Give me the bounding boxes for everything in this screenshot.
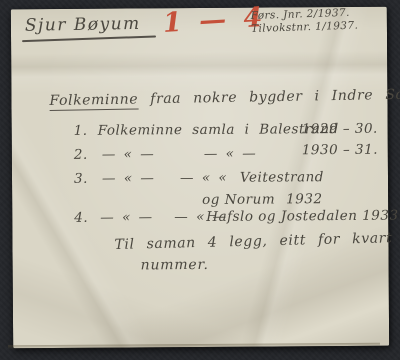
item-year: 1930 – 31. xyxy=(302,142,378,159)
title-underlined-word: Folkeminne xyxy=(49,91,138,111)
collection-title: Folkeminne fraa nokre bygder i Indre Sog… xyxy=(49,86,400,109)
ditto-mark: — « — xyxy=(100,209,154,225)
item-place-continuation: og Norum xyxy=(202,191,275,208)
journal-block: Førs. Jnr. 2/1937. Tilvokstnr. 1/1937. xyxy=(251,6,359,36)
list-item: 4. — « — — « — Hafslo og Jostedalen 1933… xyxy=(12,208,388,231)
ditto-mark: — « — xyxy=(102,170,156,186)
item-number: 4. xyxy=(74,210,88,226)
item-number: 3. xyxy=(74,171,88,187)
summary-line-continuation: nummer. xyxy=(141,257,209,273)
item-place: Veitestrand xyxy=(240,169,324,186)
handwritten-note-paper: Sjur Bøyum 1 — 4 Førs. Jnr. 2/1937. Tilv… xyxy=(11,7,389,349)
ditto-mark: — « « xyxy=(180,170,229,186)
list-item: 1. Folkeminne samla i Balestrand 1929 – … xyxy=(12,121,388,144)
item-number: 1. xyxy=(74,123,88,139)
name-underline xyxy=(22,35,156,42)
item-year: 1929 – 30. xyxy=(302,121,378,138)
item-place: Hafslo og Jostedalen 1933. xyxy=(206,208,400,225)
list-item: 2. — « — — « — 1930 – 31. xyxy=(12,145,388,168)
ditto-mark: — « — xyxy=(102,146,156,162)
title-rest: fraa nokre bygder i Indre Sogn. xyxy=(150,86,400,107)
accession-number-line: Tilvokstnr. 1/1937. xyxy=(251,19,358,36)
summary-line: Til saman 4 legg, eitt for kvart xyxy=(114,230,392,253)
item-year: 1932 xyxy=(286,191,322,207)
ditto-mark: — « — xyxy=(204,146,258,162)
item-number: 2. xyxy=(74,147,88,163)
scan-background: Sjur Bøyum 1 — 4 Førs. Jnr. 2/1937. Tilv… xyxy=(0,0,400,360)
author-name: Sjur Bøyum xyxy=(25,14,141,36)
list-item: 3. — « — — « « Veitestrand xyxy=(12,169,388,192)
